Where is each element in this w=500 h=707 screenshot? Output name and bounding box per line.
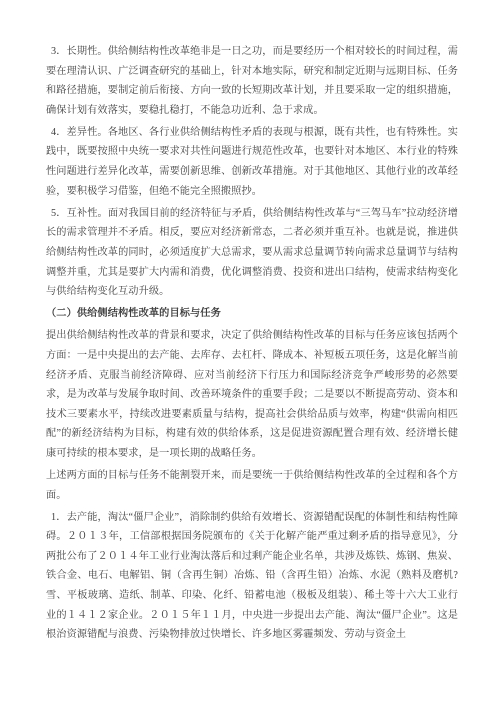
paragraph: 5．互补性。面对我国目前的经济特征与矛盾，供给侧结构性改革与“三驾马车”拉动经济… [46,204,458,302]
paragraph: 上述两方面的目标与任务不能割裂开来，而是要统一于供给侧结构性改革的全过程和各个方… [46,466,458,505]
paragraph: 3．长期性。供给侧结构性改革绝非是一日之功，而是要经历一个相对较长的时间过程，需… [46,42,458,120]
document-body: 3．长期性。供给侧结构性改革绝非是一日之功，而是要经历一个相对较长的时间过程，需… [46,42,458,645]
paragraph: 4．差异性。各地区、各行业供给侧结构性矛盾的表现与根源，既有共性，也有特殊性。实… [46,123,458,201]
document-page: 3．长期性。供给侧结构性改革绝非是一日之功，而是要经历一个相对较长的时间过程，需… [0,0,500,707]
paragraph: 提出供给侧结构性改革的背景和要求，决定了供给侧结构性改革的目标与任务应该包括两个… [46,326,458,463]
section-heading: （二）供给侧结构性改革的目标与任务 [46,304,458,324]
paragraph: 1．去产能，淘汰“僵尸企业”，消除制约供给有效增长、资源错配误配的体制性和结构性… [46,508,458,645]
